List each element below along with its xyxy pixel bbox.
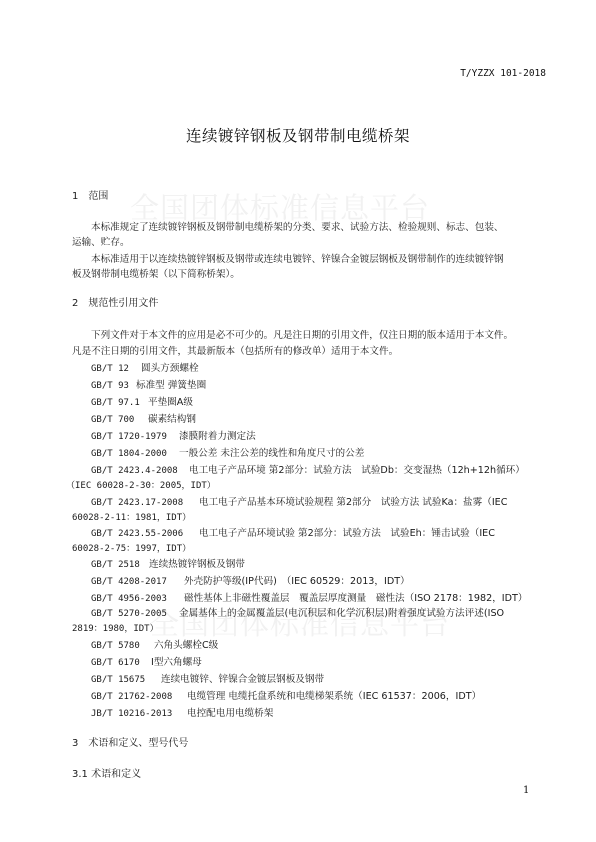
reference-item: GB/T 2423.4-2008电工电子产品环境 第2部分：试验方法 试验Db：…	[91, 465, 525, 477]
reference-title: 一般公差 未注公差的线性和角度尺寸的公差	[179, 448, 364, 459]
reference-item: GB/T 6170Ⅰ型六角螺母	[91, 657, 202, 669]
reference-code: GB/T 12	[91, 363, 141, 375]
reference-item: GB/T 1804-2000一般公差 未注公差的线性和角度尺寸的公差	[91, 448, 364, 460]
reference-code: GB/T 4208-2017	[91, 576, 184, 588]
reference-continuation: （IEC 60028-2-30：2005，IDT）	[66, 480, 216, 492]
section-3-heading: 3 术语和定义、型号代号	[72, 738, 188, 750]
document-page: 全国团体标准信息平台 全国团体标准信息平台 T/YZZX 101-2018 连续…	[0, 0, 596, 842]
page-number: 1	[523, 785, 529, 796]
reference-code: GB/T 6170	[91, 657, 151, 669]
reference-item: GB/T 4956-2003磁性基体上非磁性覆盖层 覆盖层厚度测量 磁性法（IS…	[91, 593, 527, 605]
references-intro-line-2: 凡是不注日期的引用文件，其最新版本（包括所有的修改单）适用于本文件。	[72, 346, 398, 358]
reference-code: GB/T 1720-1979	[91, 431, 179, 443]
reference-code: GB/T 5780	[91, 640, 154, 652]
reference-item: GB/T 2423.55-2006电工电子产品环境试验 第2部分：试验方法 试验…	[91, 528, 495, 540]
reference-continuation: 60028-2-11：1981，IDT）	[72, 512, 191, 524]
reference-title: 磁性基体上非磁性覆盖层 覆盖层厚度测量 磁性法（ISO 2178：1982，ID…	[184, 593, 527, 604]
reference-item: GB/T 12圆头方颈螺栓	[91, 363, 199, 375]
reference-title: 平垫圈A级	[148, 397, 193, 408]
reference-item: GB/T 97.1平垫圈A级	[91, 397, 193, 409]
reference-title: 电工电子产品环境 第2部分：试验方法 试验Db：交变湿热（12h+12h循环）	[189, 465, 525, 476]
reference-item: GB/T 15675连续电镀锌、锌镍合金镀层钢板及钢带	[91, 674, 324, 686]
reference-title: 电工电子产品环境试验 第2部分：试验方法 试验Eh：锤击试验（IEC	[199, 528, 495, 539]
reference-title: 标准型 弹簧垫圈	[136, 380, 206, 391]
reference-code: GB/T 4956-2003	[91, 593, 184, 605]
reference-item: GB/T 2423.17-2008电工电子产品基本环境试验规程 第2部分 试验方…	[91, 497, 507, 509]
reference-title: 外壳防护等级(IP代码) （IEC 60529：2013，IDT）	[184, 576, 410, 587]
reference-title: 电工电子产品基本环境试验规程 第2部分 试验方法 试验Ka：盐雾（IEC	[199, 497, 507, 508]
references-intro-line-1: 下列文件对于本文件的应用是必不可少的。凡是注日期的引用文件，仅注日期的版本适用于…	[91, 330, 513, 342]
standard-code: T/YZZX 101-2018	[460, 68, 546, 79]
reference-title: 电缆管理 电缆托盘系统和电缆梯架系统（IEC 61537：2006，IDT）	[187, 691, 481, 702]
reference-title: 电控配电用电缆桥架	[187, 708, 273, 719]
reference-title: Ⅰ型六角螺母	[151, 657, 202, 668]
reference-continuation: 60028-2-75：1997，IDT）	[72, 543, 191, 555]
reference-item: GB/T 700碳素结构钢	[91, 414, 196, 426]
reference-item: GB/T 21762-2008电缆管理 电缆托盘系统和电缆梯架系统（IEC 61…	[91, 691, 481, 703]
watermark-top: 全国团体标准信息平台	[130, 186, 430, 227]
reference-title: 金属基体上的金属覆盖层(电沉积层和化学沉积层)附着强度试验方法评述(ISO	[179, 608, 504, 619]
subsection-3-1-heading: 3.1 术语和定义	[72, 769, 141, 781]
reference-title: 连续热镀锌钢板及钢带	[149, 559, 245, 570]
reference-item: JB/T 10216-2013电控配电用电缆桥架	[91, 708, 273, 720]
reference-code: JB/T 10216-2013	[91, 708, 187, 720]
reference-item: GB/T 5780六角头螺栓C级	[91, 640, 218, 652]
reference-code: GB/T 15675	[91, 674, 161, 686]
scope-paragraph-2-line-2: 板及钢带制电缆桥架（以下简称桥架）。	[72, 269, 240, 281]
reference-title: 六角头螺栓C级	[154, 640, 218, 651]
reference-item: GB/T 1720-1979漆膜附着力测定法	[91, 431, 256, 443]
reference-code: GB/T 2423.17-2008	[91, 497, 199, 509]
reference-code: GB/T 2423.4-2008	[91, 465, 189, 477]
reference-code: GB/T 1804-2000	[91, 448, 179, 460]
reference-code: GB/T 5270-2005	[91, 608, 179, 620]
reference-code: GB/T 2423.55-2006	[91, 528, 199, 540]
reference-code: GB/T 93	[91, 380, 136, 392]
reference-item: GB/T 4208-2017外壳防护等级(IP代码) （IEC 60529：20…	[91, 576, 410, 588]
reference-item: GB/T 93标准型 弹簧垫圈	[91, 380, 206, 392]
scope-paragraph-1-line-1: 本标准规定了连续镀锌钢板及钢带制电缆桥架的分类、要求、试验方法、检验规则、标志、…	[91, 222, 504, 234]
section-1-heading: 1 范围	[72, 191, 108, 203]
document-title: 连续镀锌钢板及钢带制电缆桥架	[0, 124, 596, 146]
reference-code: GB/T 700	[91, 414, 148, 426]
section-2-heading: 2 规范性引用文件	[72, 298, 158, 310]
reference-item: GB/T 2518连续热镀锌钢板及钢带	[91, 559, 245, 571]
reference-code: GB/T 2518	[91, 559, 149, 571]
reference-title: 漆膜附着力测定法	[179, 431, 256, 442]
scope-paragraph-1-line-2: 运输、贮存。	[72, 237, 130, 249]
reference-title: 连续电镀锌、锌镍合金镀层钢板及钢带	[161, 674, 324, 685]
reference-continuation: 2819：1980，IDT）	[72, 623, 159, 635]
reference-code: GB/T 97.1	[91, 397, 148, 409]
scope-paragraph-2-line-1: 本标准适用于以连续热镀锌钢板及钢带或连续电镀锌、锌镍合金镀层钢板及钢带制作的连续…	[91, 254, 504, 266]
reference-title: 碳素结构钢	[148, 414, 196, 425]
reference-title: 圆头方颈螺栓	[141, 363, 199, 374]
reference-item: GB/T 5270-2005金属基体上的金属覆盖层(电沉积层和化学沉积层)附着强…	[91, 608, 504, 620]
reference-code: GB/T 21762-2008	[91, 691, 187, 703]
